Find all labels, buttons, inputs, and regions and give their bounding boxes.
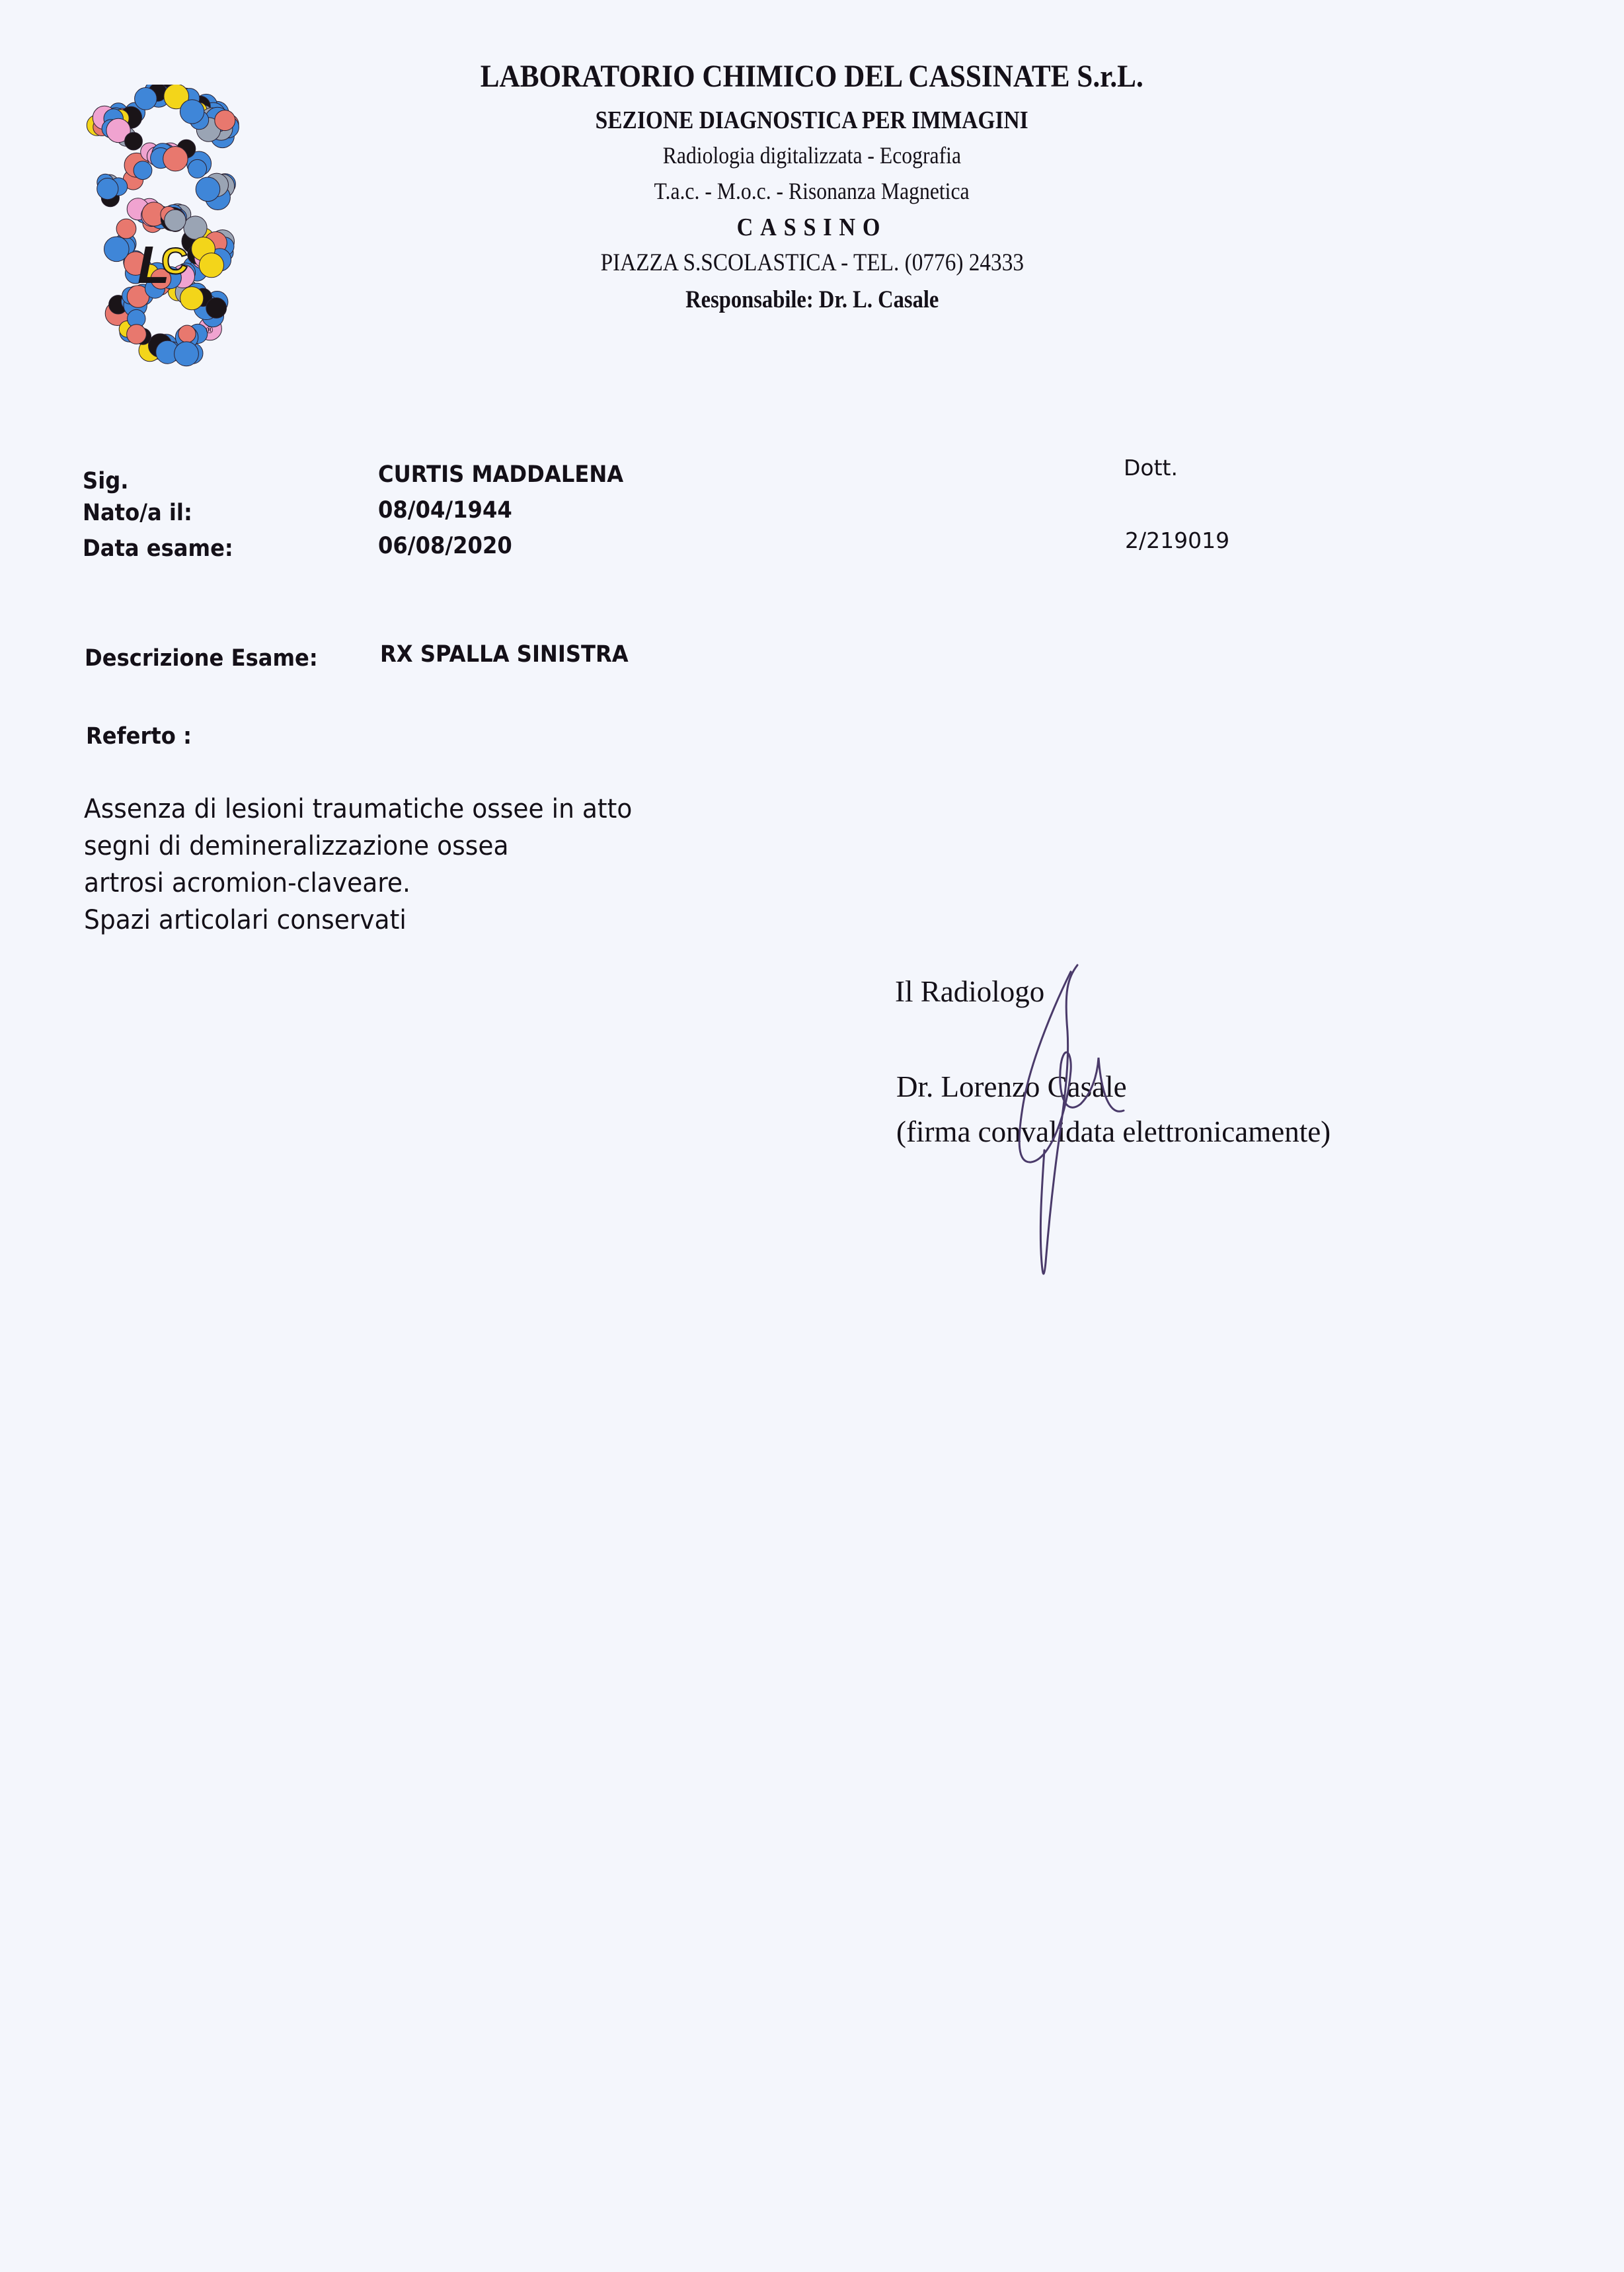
report-line: artrosi acromion-claveare. bbox=[84, 865, 632, 902]
exam-description-label: Descrizione Esame: bbox=[85, 645, 318, 672]
exam-date: 06/08/2020 bbox=[378, 533, 512, 559]
services-line-2: T.a.c. - M.o.c. - Risonanza Magnetica bbox=[0, 177, 1624, 205]
section-name: SEZIONE DIAGNOSTICA PER IMMAGINI bbox=[0, 106, 1624, 135]
report-body: Assenza di lesioni traumatiche ossee in … bbox=[84, 791, 632, 939]
report-label: Referto : bbox=[86, 723, 192, 750]
handwritten-signature-icon bbox=[965, 952, 1177, 1282]
patient-name: CURTIS MADDALENA bbox=[378, 461, 623, 488]
doctor-label: Dott. bbox=[1124, 455, 1178, 481]
report-line: segni di demineralizzazione ossea bbox=[84, 828, 632, 865]
birth-date: 08/04/1944 bbox=[378, 497, 512, 524]
birth-label: Nato/a il: bbox=[83, 500, 192, 526]
report-line: Assenza di lesioni traumatiche ossee in … bbox=[84, 791, 632, 828]
svg-text:®: ® bbox=[205, 325, 214, 336]
city: CASSINO bbox=[0, 213, 1624, 242]
services-line-1: Radiologia digitalizzata - Ecografia bbox=[0, 141, 1624, 169]
name-label: Sig. bbox=[83, 468, 129, 494]
address-phone: PIAZZA S.SCOLASTICA - TEL. (0776) 24333 bbox=[0, 249, 1624, 277]
company-name: LABORATORIO CHIMICO DEL CASSINATE S.r.L. bbox=[0, 58, 1624, 95]
exam-code: 2/219019 bbox=[1125, 528, 1229, 553]
exam-description: RX SPALLA SINISTRA bbox=[380, 641, 629, 668]
report-line: Spazi articolari conservati bbox=[84, 902, 632, 939]
responsible: Responsabile: Dr. L. Casale bbox=[0, 286, 1624, 314]
exam-date-label: Data esame: bbox=[83, 535, 233, 562]
